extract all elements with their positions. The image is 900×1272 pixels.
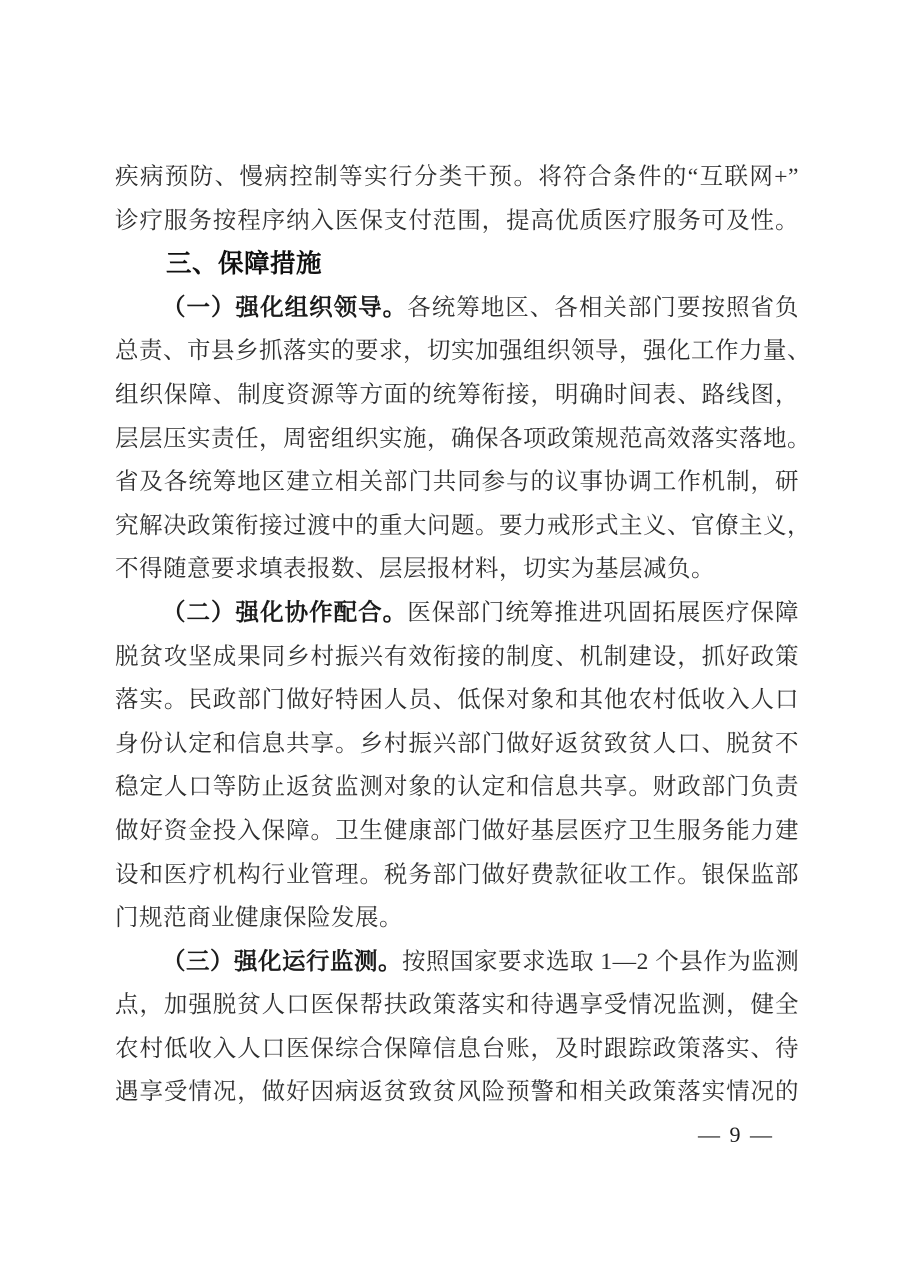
text-line: 稳定人口等防止返贫监测对象的认定和信息共享。财政部门负责 xyxy=(115,766,799,810)
text-line: 门规范商业健康保险发展。 xyxy=(115,897,799,941)
line-text: 究解决政策衔接过渡中的重大问题。要力戒形式主义、官僚主义， xyxy=(115,513,811,539)
text-line: 农村低收入人口医保综合保障信息台账，及时跟踪政策落实、待 xyxy=(115,1028,799,1072)
text-line: 点，加强脱贫人口医保帮扶政策落实和待遇享受情况监测，健全 xyxy=(115,984,799,1028)
line-text: 点，加强脱贫人口医保帮扶政策落实和待遇享受情况监测，健全 xyxy=(115,992,799,1018)
text-line: 做好资金投入保障。卫生健康部门做好基层医疗卫生服务能力建 xyxy=(115,810,799,854)
document-page: 疾病预防、慢病控制等实行分类干预。将符合条件的“互联网+” 诊疗服务按程序纳入医… xyxy=(0,0,900,1272)
line-text: 总责、市县乡抓落实的要求，切实加强组织领导，强化工作力量、 xyxy=(115,338,811,364)
line-text: 各统筹地区、各相关部门要按照省负 xyxy=(407,295,799,321)
page-number: — 9 — xyxy=(698,1122,774,1148)
line-text: 按照国家要求选取 1—2 个县作为监测 xyxy=(402,949,799,975)
text-line: （一）强化组织领导。各统筹地区、各相关部门要按照省负 xyxy=(115,287,799,331)
line-text: 农村低收入人口医保综合保障信息台账，及时跟踪政策落实、待 xyxy=(115,1036,799,1062)
subsection-title: （三）强化运行监测。 xyxy=(162,949,402,975)
line-text: 设和医疗机构行业管理。税务部门做好费款征收工作。银保监部 xyxy=(115,862,799,888)
text-line: 身份认定和信息共享。乡村振兴部门做好返贫致贫人口、脱贫不 xyxy=(115,723,799,767)
text-line: 组织保障、制度资源等方面的统筹衔接，明确时间表、路线图， xyxy=(115,374,799,418)
text-line: 脱贫攻坚成果同乡村振兴有效衔接的制度、机制建设，抓好政策 xyxy=(115,636,799,680)
section-heading: 三、保障措施 xyxy=(115,243,799,287)
text-line: （二）强化协作配合。医保部门统筹推进巩固拓展医疗保障 xyxy=(115,592,799,636)
line-text: 诊疗服务按程序纳入医保支付范围，提高优质医疗服务可及性。 xyxy=(115,208,799,234)
subsection-title: （一）强化组织领导。 xyxy=(162,295,407,321)
line-text: 医保部门统筹推进巩固拓展医疗保障 xyxy=(407,600,799,626)
text-line: 不得随意要求填表报数、层层报材料，切实为基层减负。 xyxy=(115,548,799,592)
line-text: 落实。民政部门做好特困人员、低保对象和其他农村低收入人口 xyxy=(115,687,799,713)
subsection-title: （二）强化协作配合。 xyxy=(162,600,407,626)
text-block: 疾病预防、慢病控制等实行分类干预。将符合条件的“互联网+” 诊疗服务按程序纳入医… xyxy=(115,156,799,1115)
line-text: 做好资金投入保障。卫生健康部门做好基层医疗卫生服务能力建 xyxy=(115,818,799,844)
text-line: 究解决政策衔接过渡中的重大问题。要力戒形式主义、官僚主义， xyxy=(115,505,799,549)
line-text: 身份认定和信息共享。乡村振兴部门做好返贫致贫人口、脱贫不 xyxy=(115,731,799,757)
line-text: 层层压实责任，周密组织实施，确保各项政策规范高效落实落地。 xyxy=(115,426,811,452)
line-text: 疾病预防、慢病控制等实行分类干预。将符合条件的“互联网+” xyxy=(115,164,799,190)
line-text: 遇享受情况，做好因病返贫致贫风险预警和相关政策落实情况的 xyxy=(115,1079,799,1105)
line-text: 省及各统筹地区建立相关部门共同参与的议事协调工作机制，研 xyxy=(115,469,799,495)
text-line: 疾病预防、慢病控制等实行分类干预。将符合条件的“互联网+” xyxy=(115,156,799,200)
line-text: 不得随意要求填表报数、层层报材料，切实为基层减负。 xyxy=(115,556,715,582)
text-line: 诊疗服务按程序纳入医保支付范围，提高优质医疗服务可及性。 xyxy=(115,200,799,244)
text-line: 落实。民政部门做好特困人员、低保对象和其他农村低收入人口 xyxy=(115,679,799,723)
line-text: 组织保障、制度资源等方面的统筹衔接，明确时间表、路线图， xyxy=(115,382,799,408)
line-text: 稳定人口等防止返贫监测对象的认定和信息共享。财政部门负责 xyxy=(115,774,799,800)
text-line: 设和医疗机构行业管理。税务部门做好费款征收工作。银保监部 xyxy=(115,854,799,898)
line-text: 脱贫攻坚成果同乡村振兴有效衔接的制度、机制建设，抓好政策 xyxy=(115,644,799,670)
text-line: 总责、市县乡抓落实的要求，切实加强组织领导，强化工作力量、 xyxy=(115,330,799,374)
line-text: 门规范商业健康保险发展。 xyxy=(115,905,403,931)
text-line: （三）强化运行监测。按照国家要求选取 1—2 个县作为监测 xyxy=(115,941,799,985)
text-line: 遇享受情况，做好因病返贫致贫风险预警和相关政策落实情况的 xyxy=(115,1071,799,1115)
text-line: 省及各统筹地区建立相关部门共同参与的议事协调工作机制，研 xyxy=(115,461,799,505)
text-line: 层层压实责任，周密组织实施，确保各项政策规范高效落实落地。 xyxy=(115,418,799,462)
